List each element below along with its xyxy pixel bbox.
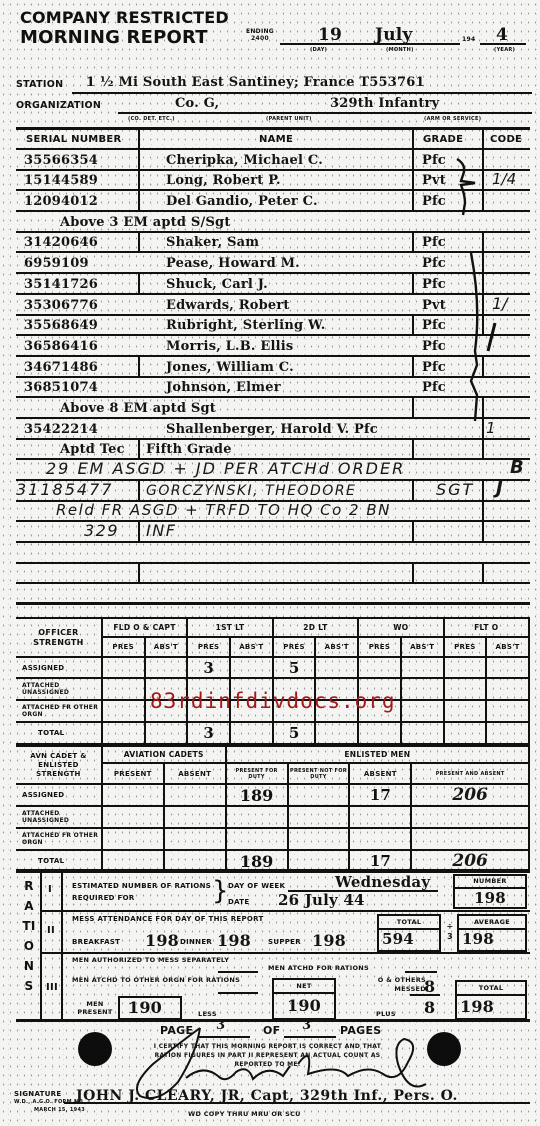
group-1st-lt: 1ST LT [187,618,272,637]
serial-number: 35568649 [24,318,98,333]
enlisted-men-header: ENLISTED MEN [226,746,529,763]
table-row-handwritten: Reld FR ASGD + TRFD TO HQ Co 2 BN [16,502,530,523]
row-total: TOTAL [16,722,102,744]
row-attached-other-orgn: ATTACHED FR OTHER ORGN [16,828,102,850]
col-serial-number: SERIAL NUMBER [26,134,122,145]
row-assigned: ASSIGNED [16,657,102,678]
serial-number: 31185477 [16,480,113,499]
table-row-note: Aptd Tec Fifth Grade [16,440,530,461]
cell [358,657,401,678]
number-box: NUMBER 198 [453,874,527,909]
unit-value: 329th Infantry [330,96,439,111]
officer-strength-table: OFFICER STRENGTH FLD O & CAPT 1ST LT 2D … [16,617,530,745]
soldier-name: Cheripka, Michael C. [166,153,323,168]
serial-number: 31420646 [24,235,98,250]
sub-present-for-duty: PRESENT FOR DUTY [226,763,288,784]
less-label: LESS [198,1010,217,1018]
table-row: 35422214 Shallenberger, Harold V. Pfc 1 [16,419,530,440]
section-2-numeral: II [47,925,55,936]
soldier-name: Johnson, Elmer [166,380,281,395]
average-value: 198 [459,930,525,948]
handwritten-note: 329 [84,521,119,540]
atchd-rations-label: MEN ATCHD FOR RATIONS [268,964,369,972]
table-row-empty [16,543,530,564]
code: B [510,457,524,478]
table-row-handwritten: 329 INF [16,522,530,543]
cell [145,722,188,744]
sub-abst: ABS'T [315,637,358,657]
sub-pres: PRES [102,637,145,657]
cell-absent: 17 [349,784,411,806]
cell-2d-lt-pres: 5 [273,657,316,678]
cell-present-for-duty: 189 [226,784,288,806]
table-row-note: Above 8 EM aptd Sgt [16,398,530,419]
total-box: TOTAL 594 [377,914,441,952]
cell-present-and-absent: 206 [411,784,529,806]
sub-pres: PRES [273,637,316,657]
row-attached-unassigned: ATTACHED UNASSIGNED [16,678,102,700]
roster-header-row: SERIAL NUMBER NAME GRADE CODE [16,130,530,150]
net-value: 190 [274,994,334,1018]
grade: Pfc [422,360,446,375]
total-label: TOTAL [379,916,439,930]
grade: SGT [436,480,474,499]
cell [230,722,273,744]
form-title-line1: COMPANY RESTRICTED [20,8,229,28]
cell [288,784,350,806]
table-row-empty [16,564,530,585]
grade: Pfc [422,194,446,209]
aviation-cadets-header: AVIATION CADETS [102,746,226,763]
cell [230,657,273,678]
handwritten-note: Reld FR ASGD + TRFD TO HQ Co 2 BN [56,501,391,519]
rations-side-label: RATIONS [22,876,36,996]
watermark: 83rdinfdivdocs.org [150,689,396,713]
soldier-name: Rubright, Sterling W. [166,318,326,333]
dinner-value: 198 [217,931,251,950]
ration-date-value: 26 July 44 [278,891,365,909]
enlisted-strength-label: AVN CADET & ENLISTED STRENGTH [16,746,102,784]
organization-label: ORGANIZATION [16,100,101,111]
report-year: 4 [496,25,508,45]
grade: Pfc [422,380,446,395]
net-label: NET [274,980,334,994]
handwritten-brace-marks [455,155,535,425]
mess-separately-label: MEN AUTHORIZED TO MESS SEPARATELY [72,956,232,965]
serial-number: 35422214 [24,422,98,437]
table-row-empty [16,584,530,605]
cell [486,657,529,678]
serial-number: 36586416 [24,339,98,354]
company-caption: (CO. DET. ETC.) [128,116,175,122]
table-row: 31420646 Shaker, Sam Pfc [16,233,530,254]
sub-pres: PRES [444,637,487,657]
col-name: NAME [259,134,293,145]
sub-absent: ABSENT [164,763,226,784]
others-messed-value: 8 [424,977,435,996]
serial-number: 35566354 [24,153,98,168]
roster-table: SERIAL NUMBER NAME GRADE CODE 35566354 C… [16,130,530,605]
appointment-note: Aptd Tec [60,442,125,457]
sub-abst: ABS'T [486,637,529,657]
code: J [496,478,503,499]
table-row: 34671486 Jones, William C. Pfc [16,357,530,378]
sub-present-not-for-duty: PRESENT NOT FOR DUTY [288,763,350,784]
table-row: 36586416 Morris, L.B. Ellis Pfc [16,336,530,357]
soldier-name: GORCZYNSKI, THEODORE [146,483,356,499]
report-day: 19 [318,25,342,45]
cell [401,722,444,744]
rations-divider [40,910,530,912]
table-row: 35141726 Shuck, Carl J. Pfc [16,274,530,295]
mess-separately-underline [218,971,258,973]
station-label: STATION [16,79,63,90]
supper-label: SUPPER [268,938,301,946]
signature-underline [64,1102,530,1104]
cell [315,722,358,744]
binder-hole-left [78,1032,112,1066]
sub-abst: ABS'T [401,637,444,657]
form-title: COMPANY RESTRICTED MORNING REPORT [20,8,229,48]
grade: Pfc [422,318,446,333]
table-row-note: Above 3 EM aptd S/Sgt [16,212,530,233]
signature-label: SIGNATURE [14,1090,61,1098]
date-label: DATE [228,898,249,906]
col-grade: GRADE [423,134,463,145]
men-present-value: 190 [120,998,180,1018]
cell [164,784,226,806]
row-attached-unassigned: ATTACHED UNASSIGNED [16,806,102,828]
net-box: NET 190 [272,978,336,1020]
cell [315,657,358,678]
section-1-numeral: I [48,884,52,895]
cell [444,657,487,678]
brace-icon: } [212,876,229,906]
sub-pres: PRES [187,637,230,657]
sub-abst: ABS'T [145,637,188,657]
soldier-name: Long, Robert P. [166,173,281,188]
men-present-box: 190 [118,996,182,1020]
cell [358,722,401,744]
number-label: NUMBER [455,876,525,889]
organization-underline [118,112,532,114]
group-flt-o: FLT O [444,618,529,637]
report-month: July [375,25,413,45]
soldier-name: Shuck, Carl J. [166,277,268,292]
day-of-week-label: DAY OF WEEK [228,882,285,890]
ration-total-value: 198 [457,996,525,1018]
row-assigned: ASSIGNED [16,784,102,806]
parent-caption: (PARENT UNIT) [266,116,312,122]
sub-present-and-absent: PRESENT AND ABSENT [411,763,529,784]
table-row: 35566354 Cheripka, Michael C. Pfc [16,150,530,171]
appointment-note: Above 3 EM aptd S/Sgt [60,215,231,230]
soldier-name: Shaker, Sam [166,235,259,250]
section-1-label: ESTIMATED NUMBER OF RATIONS REQUIRED FOR [72,880,212,904]
cell [444,722,487,744]
serial-number: 12094012 [24,194,98,209]
grade: Pfc [422,235,446,250]
group-fld-o-capt: FLD O & CAPT [102,618,187,637]
section-3-numeral: III [46,982,58,993]
cell [401,657,444,678]
sub-absent: ABSENT [349,763,411,784]
table-row: 35306776 Edwards, Robert Pvt 1/ [16,295,530,316]
serial-number: 35306776 [24,298,98,313]
breakfast-value: 198 [145,931,179,950]
cell [102,657,145,678]
atchd-other-underline [218,992,258,994]
dinner-label: DINNER [180,938,212,946]
ration-total-label: TOTAL [457,982,525,996]
soldier-name: Morris, L.B. Ellis [166,339,293,354]
table-row: 6959109 Pease, Howard M. Pfc [16,253,530,274]
serial-number: 36851074 [24,380,98,395]
binder-hole-right [427,1032,461,1066]
men-present-label: MEN PRESENT [72,1000,118,1016]
soldier-name: Del Gandio, Peter C. [166,194,318,209]
rations-divider [40,871,42,1020]
serial-number: 35141726 [24,277,98,292]
cell [145,657,188,678]
date-underline [280,43,460,45]
rations-divider [40,952,530,954]
cell [486,722,529,744]
ending-label: ENDING 2400 [243,28,277,42]
section-2-label: MESS ATTENDANCE FOR DAY OF THIS REPORT [72,915,264,923]
cell [102,784,164,806]
plus-label: PLUS [376,1010,396,1018]
handwritten-note: 29 EM ASGD + JD PER ATCHd ORDER [46,459,405,478]
rations-top-border [16,869,530,872]
arm-caption: (ARM OR SERVICE) [424,116,481,122]
cell [102,722,145,744]
sub-abst: ABS'T [230,637,273,657]
divide-by-three: ÷ 3 [446,922,454,942]
table-row-handwritten: 29 EM ASGD + JD PER ATCHd ORDER B [16,460,530,481]
station-underline [72,92,532,94]
rations-divider [61,871,63,1020]
table-row: 36851074 Johnson, Elmer Pfc [16,378,530,399]
station-value: 1 ½ Mi South East Santiney; France T5537… [86,75,425,90]
day-caption: (DAY) [310,47,327,53]
table-row: 12094012 Del Gandio, Peter C. Pfc [16,191,530,212]
total-value: 594 [379,930,439,948]
col-code: CODE [490,134,522,145]
atchd-rations-underline [405,971,437,973]
cell-1st-lt-pres: 3 [187,657,230,678]
cell-2d-lt-total: 5 [273,722,316,744]
year-caption: (YEAR) [494,47,515,53]
appointment-grade: Fifth Grade [146,442,232,457]
serial-number: 15144589 [24,173,98,188]
wd-copy-note: WD COPY THRU MRU OR SCU [188,1110,301,1118]
serial-number: 6959109 [24,256,89,271]
company-value: Co. G, [175,96,219,111]
soldier-name: Shallenberger, Harold V. Pfc [166,422,378,437]
others-messed-label: O & OTHERS MESSED [346,976,426,994]
soldier-name: Pease, Howard M. [166,256,300,271]
number-value: 198 [455,889,525,907]
handwritten-note: INF [146,521,176,540]
breakfast-label: BREAKFAST [72,938,120,946]
grade: Pfc [422,339,446,354]
officer-strength-label: OFFICER STRENGTH [16,618,102,657]
day-of-week-value: Wednesday [335,873,430,891]
row-attached-other-orgn: ATTACHED FR OTHER ORGN [16,700,102,722]
table-row: 15144589 Long, Robert P. Pvt 1/4 [16,171,530,192]
group-wo: WO [358,618,443,637]
form-date: MARCH 15, 1943 [34,1107,85,1113]
year-prefix: 194 [462,36,475,43]
average-box: AVERAGE 198 [457,914,527,952]
serial-number: 34671486 [24,360,98,375]
group-2d-lt: 2D LT [273,618,358,637]
supper-value: 198 [312,931,346,950]
appointment-note: Above 8 EM aptd Sgt [60,401,216,416]
enlisted-strength-table: AVN CADET & ENLISTED STRENGTH AVIATION C… [16,745,530,873]
form-title-line2: MORNING REPORT [20,28,229,48]
cell-1st-lt-total: 3 [187,722,230,744]
average-label: AVERAGE [459,916,525,930]
grade: Pvt [422,298,446,313]
soldier-name: Jones, William C. [166,360,294,375]
plus-value: 8 [424,998,435,1017]
soldier-name: Edwards, Robert [166,298,290,313]
table-row-handwritten: 31185477 GORCZYNSKI, THEODORE SGT J [16,481,530,502]
grade: Pfc [422,277,446,292]
atchd-other-label: MEN ATCHD TO OTHER ORGN FOR RATIONS [72,976,242,985]
grade: Pvt [422,173,446,188]
sub-pres: PRES [358,637,401,657]
sub-present: PRESENT [102,763,164,784]
month-caption: (MONTH) [386,47,414,53]
grade: Pfc [422,153,446,168]
table-row: 35568649 Rubright, Sterling W. Pfc [16,316,530,337]
grade: Pfc [422,256,446,271]
ration-total-box: TOTAL 198 [455,980,527,1020]
